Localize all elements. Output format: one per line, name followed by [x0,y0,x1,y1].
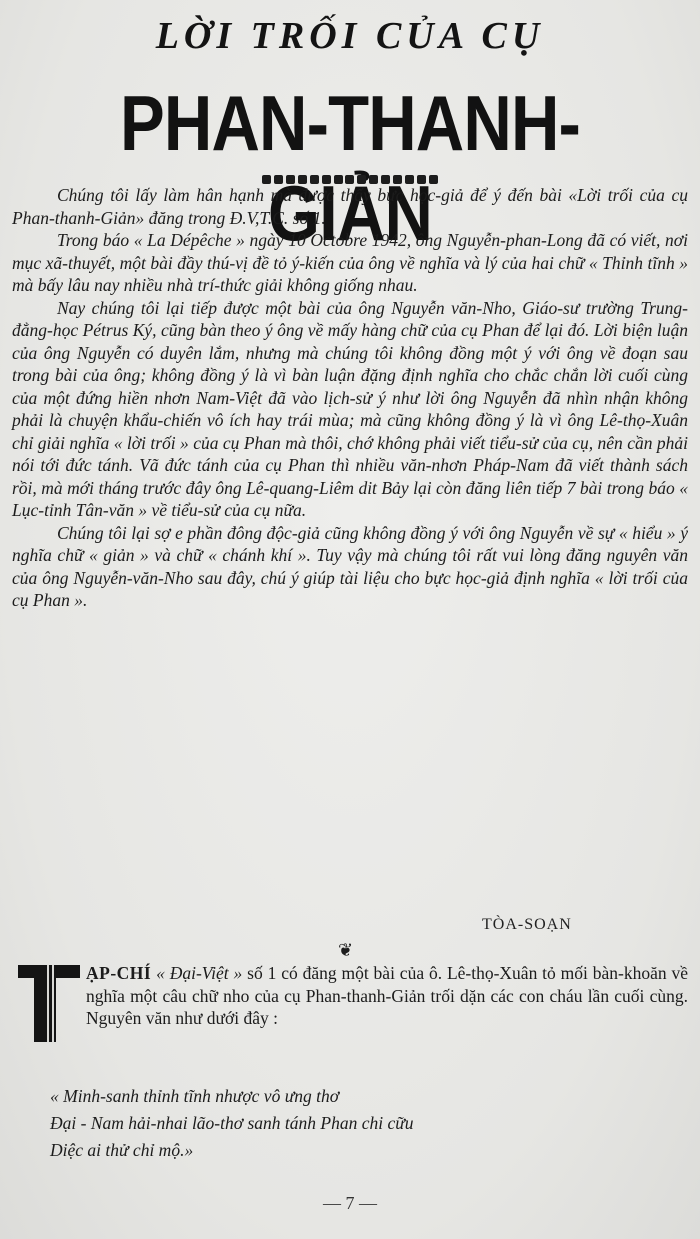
fleuron-icon: ❦ [338,940,353,961]
article-paragraph: ẠP-CHÍ « Đại-Việt » số 1 có đăng một bài… [12,962,688,1030]
newspaper-page: LỜI TRỐI CỦA CỤ PHAN-THANH-GIẢN Chúng tô… [0,0,700,1239]
article-body: ẠP-CHÍ « Đại-Việt » số 1 có đăng một bài… [12,962,688,1042]
intro-paragraph: Chúng tôi lấy làm hân hạnh mà được thấy … [12,184,688,229]
intro-paragraph: Chúng tôi lại sợ e phần đông độc-giả cũn… [12,522,688,612]
intro-paragraph: Nay chúng tôi lại tiếp được một bài của … [12,297,688,522]
editorial-intro: Chúng tôi lấy làm hân hạnh mà được thấy … [12,184,688,612]
editorial-signature: TÒA-SOẠN [482,916,572,934]
article-kicker: LỜI TRỐI CỦA CỤ [0,14,700,58]
verse-line: « Minh-sanh thỉnh tĩnh nhược vô ưng thơ [50,1083,414,1110]
intro-paragraph: Trong báo « La Dépêche » ngày 10 Octobre… [12,229,688,297]
article-lead-in: ẠP-CHÍ [86,963,151,983]
journal-name: « Đại-Việt » [156,963,242,983]
quoted-verse: « Minh-sanh thỉnh tĩnh nhược vô ưng thơ … [50,1083,414,1164]
drop-cap-t [12,962,80,1042]
verse-line: Diệc ai thử chỉ mộ.» [50,1137,414,1164]
page-number: — 7 — [0,1193,700,1214]
verse-line: Đại - Nam hải-nhai lão-thơ sanh tánh Pha… [50,1110,414,1137]
